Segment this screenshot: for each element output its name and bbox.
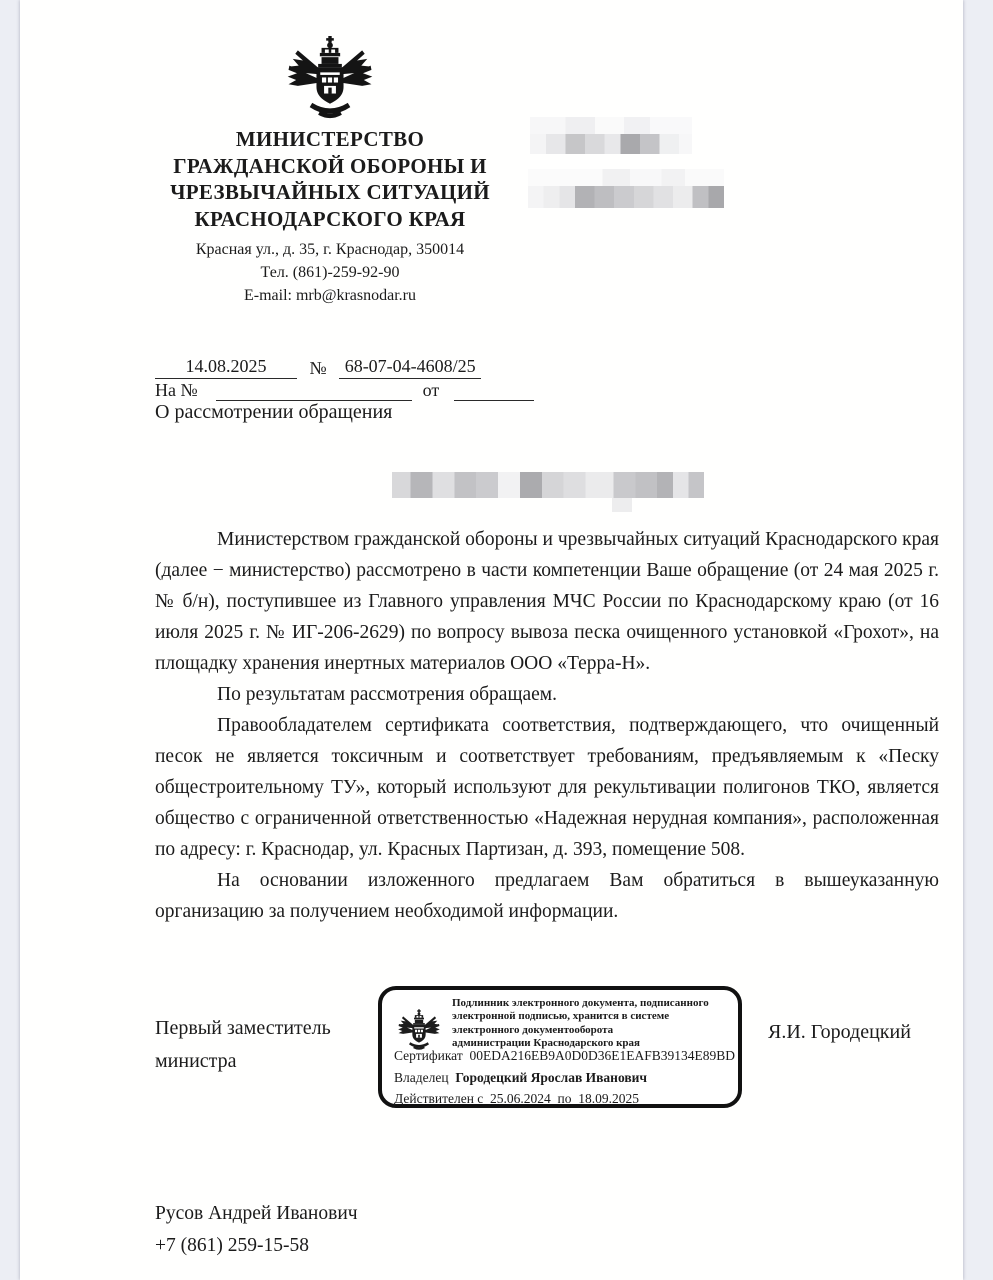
owner-name: Городецкий Ярослав Иванович <box>455 1070 647 1085</box>
redacted-recipient-line-1 <box>530 134 692 154</box>
org-contacts-block: Красная ул., д. 35, г. Краснодар, 350014… <box>110 238 550 307</box>
executor-phone: +7 (861) 259-15-58 <box>155 1230 358 1262</box>
body-paragraph: На основании изложенного предлагаем Вам … <box>155 865 939 927</box>
number-sign: № <box>310 358 327 378</box>
redacted-salutation <box>392 472 704 498</box>
stamp-validity-line: Действителен с 25.06.2024 по 18.09.2025 <box>394 1091 639 1107</box>
certificate-label: Сертификат <box>394 1048 463 1063</box>
krasnodar-coat-of-arms-icon <box>278 36 382 124</box>
body-paragraph: Министерством гражданской обороны и чрез… <box>155 524 939 679</box>
reply-label: На № <box>155 380 198 400</box>
letter-date: 14.08.2025 <box>155 355 297 379</box>
org-name-block: МИНИСТЕРСТВО ГРАЖДАНСКОЙ ОБОРОНЫ И ЧРЕЗВ… <box>110 126 550 232</box>
reference-block: 14.08.2025 № 68-07-04-4608/25 На № от <box>155 355 675 405</box>
org-name-line: КРАСНОДАРСКОГО КРАЯ <box>110 206 550 233</box>
redacted-salutation-artifact <box>612 498 632 512</box>
letter-body: Министерством гражданской обороны и чрез… <box>155 524 939 927</box>
reply-from-label: от <box>423 380 440 400</box>
signer-name: Я.И. Городецкий <box>768 1021 953 1044</box>
validity-to-date: 18.09.2025 <box>578 1091 639 1106</box>
date-number-row: 14.08.2025 № 68-07-04-4608/25 <box>155 355 675 380</box>
letter-page: МИНИСТЕРСТВО ГРАЖДАНСКОЙ ОБОРОНЫ И ЧРЕЗВ… <box>20 0 963 1280</box>
certificate-value: 00EDA216EB9A0D0D36E1EAFB39134E89BD <box>469 1048 735 1063</box>
org-phone: Тел. (861)-259-92-90 <box>110 261 550 284</box>
owner-label: Владелец <box>394 1070 449 1085</box>
body-paragraph: Правообладателем сертификата соответстви… <box>155 710 939 865</box>
stamp-owner-line: Владелец Городецкий Ярослав Иванович <box>394 1070 647 1086</box>
electronic-signature-stamp: Подлинник электронного документа, подпис… <box>378 986 742 1108</box>
validity-label: Действителен с <box>394 1091 483 1106</box>
stamp-header-line: электронной подписью, хранится в системе <box>452 1010 734 1023</box>
redacted-recipient-line-1 <box>530 117 692 134</box>
signer-position-title: Первый заместитель министра <box>155 1012 385 1078</box>
org-name-line: ГРАЖДАНСКОЙ ОБОРОНЫ И <box>110 153 550 180</box>
org-email: E-mail: mrb@krasnodar.ru <box>110 284 550 307</box>
org-name-line: ЧРЕЗВЫЧАЙНЫХ СИТУАЦИЙ <box>110 179 550 206</box>
executor-contact-block: Русов Андрей Иванович +7 (861) 259-15-58 <box>155 1198 358 1262</box>
stamp-header-line: Подлинник электронного документа, подпис… <box>452 997 734 1010</box>
org-address: Красная ул., д. 35, г. Краснодар, 350014 <box>110 238 550 261</box>
validity-to-label: по <box>558 1091 572 1106</box>
stamp-header-line: электронного документооборота <box>452 1024 734 1037</box>
org-name-line: МИНИСТЕРСТВО <box>110 126 550 153</box>
executor-name: Русов Андрей Иванович <box>155 1198 358 1230</box>
stamp-certificate-line: Сертификат 00EDA216EB9A0D0D36E1EAFB39134… <box>394 1048 735 1064</box>
subject-line: О рассмотрении обращения <box>155 401 392 424</box>
reply-date-blank <box>454 400 534 401</box>
screenshot-root: { "doc": { "header": { "org_name_lines":… <box>0 0 993 1280</box>
redacted-recipient-line-2 <box>528 186 724 208</box>
letter-number: 68-07-04-4608/25 <box>339 355 481 379</box>
stamp-header-text: Подлинник электронного документа, подпис… <box>452 997 734 1051</box>
validity-from-date: 25.06.2024 <box>490 1091 551 1106</box>
redacted-recipient-line-2 <box>528 169 724 186</box>
body-paragraph: По результатам рассмотрения обращаем. <box>155 679 939 710</box>
